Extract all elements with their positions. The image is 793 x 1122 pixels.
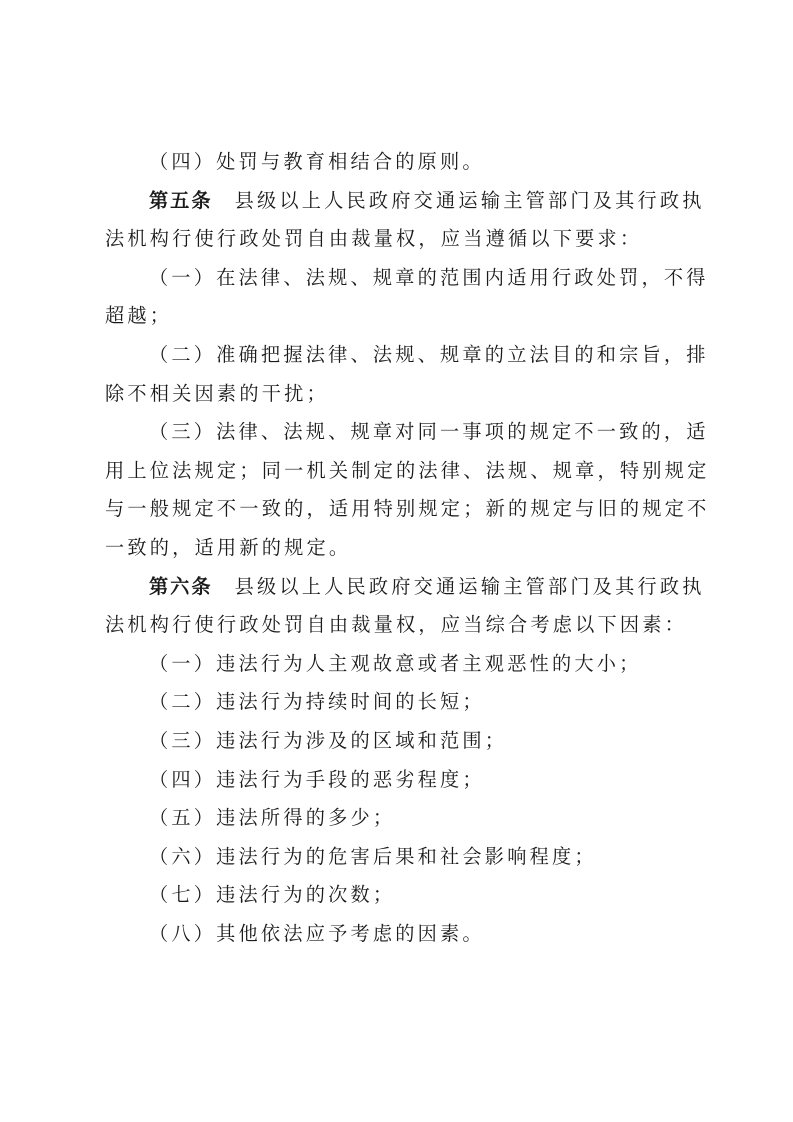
article-6-heading-line: 第六条县级以上人民政府交通运输主管部门及其行政执 <box>105 568 693 607</box>
article-6-item-3: （三）违法行为涉及的区域和范围； <box>105 722 693 761</box>
article-5-item-3-cont-2: 与一般规定不一致的，适用特别规定；新的规定与旧的规定不 <box>105 490 693 529</box>
article-6-item-7: （七）违法行为的次数； <box>105 876 693 915</box>
line-text: （七）违法行为的次数； <box>149 883 395 906</box>
line-text: （八）其他依法应予考虑的因素。 <box>149 922 485 945</box>
document-page: （四）处罚与教育相结合的原则。 第五条县级以上人民政府交通运输主管部门及其行政执… <box>105 143 693 953</box>
line-text: 超越； <box>105 304 172 327</box>
line-text: （四）违法行为手段的恶劣程度； <box>149 768 485 791</box>
line-text: 法机构行使行政处罚自由裁量权，应当遵循以下要求： <box>105 227 642 250</box>
clause-item-4-principle: （四）处罚与教育相结合的原则。 <box>105 143 693 182</box>
line-text: 县级以上人民政府交通运输主管部门及其行政执 <box>235 189 705 212</box>
line-text: 一致的，适用新的规定。 <box>105 536 351 559</box>
line-text: （四）处罚与教育相结合的原则。 <box>149 150 485 173</box>
article-5-continuation: 法机构行使行政处罚自由裁量权，应当遵循以下要求： <box>105 220 693 259</box>
article-6-item-1: （一）违法行为人主观故意或者主观恶性的大小； <box>105 645 693 684</box>
line-text: 法机构行使行政处罚自由裁量权，应当综合考虑以下因素： <box>105 613 687 636</box>
article-6-item-6: （六）违法行为的危害后果和社会影响程度； <box>105 838 693 877</box>
article-5-item-2-cont: 除不相关因素的干扰； <box>105 375 693 414</box>
article-5-heading-line: 第五条县级以上人民政府交通运输主管部门及其行政执 <box>105 182 693 221</box>
line-text: 与一般规定不一致的，适用特别规定；新的规定与旧的规定不 <box>105 497 709 520</box>
article-5-item-3: （三）法律、法规、规章对同一事项的规定不一致的，适 <box>105 413 693 452</box>
line-text: 除不相关因素的干扰； <box>105 382 329 405</box>
article-6-continuation: 法机构行使行政处罚自由裁量权，应当综合考虑以下因素： <box>105 606 693 645</box>
line-text: （一）违法行为人主观故意或者主观恶性的大小； <box>149 652 642 675</box>
article-number: 第五条 <box>149 189 213 212</box>
line-text: （六）违法行为的危害后果和社会影响程度； <box>149 845 597 868</box>
line-text: （二）准确把握法律、法规、规章的立法目的和宗旨，排 <box>149 343 709 366</box>
article-5-item-3-cont-1: 用上位法规定；同一机关制定的法律、法规、规章，特别规定 <box>105 452 693 491</box>
line-text: （二）违法行为持续时间的长短； <box>149 690 485 713</box>
line-text: 县级以上人民政府交通运输主管部门及其行政执 <box>235 575 705 598</box>
article-6-item-8: （八）其他依法应予考虑的因素。 <box>105 915 693 954</box>
line-text: （一）在法律、法规、规章的范围内适用行政处罚，不得 <box>149 266 709 289</box>
line-text: （三）违法行为涉及的区域和范围； <box>149 729 507 752</box>
line-text: 用上位法规定；同一机关制定的法律、法规、规章，特别规定 <box>105 459 709 482</box>
article-5-item-1-cont: 超越； <box>105 297 693 336</box>
article-6-item-5: （五）违法所得的多少； <box>105 799 693 838</box>
line-text: （三）法律、法规、规章对同一事项的规定不一致的，适 <box>149 420 709 443</box>
line-text: （五）违法所得的多少； <box>149 806 395 829</box>
article-number: 第六条 <box>149 575 213 598</box>
article-6-item-2: （二）违法行为持续时间的长短； <box>105 683 693 722</box>
article-5-item-2: （二）准确把握法律、法规、规章的立法目的和宗旨，排 <box>105 336 693 375</box>
article-6-item-4: （四）违法行为手段的恶劣程度； <box>105 761 693 800</box>
article-5-item-3-cont-3: 一致的，适用新的规定。 <box>105 529 693 568</box>
article-5-item-1: （一）在法律、法规、规章的范围内适用行政处罚，不得 <box>105 259 693 298</box>
